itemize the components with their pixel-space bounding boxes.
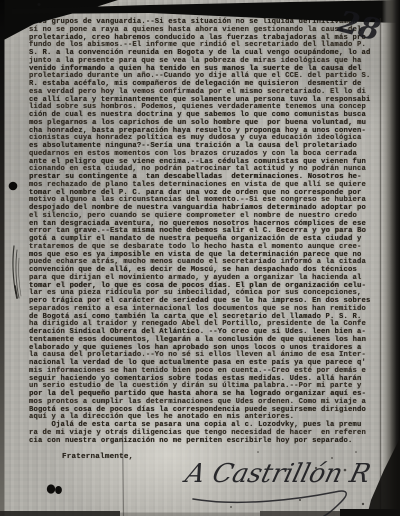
scan-border-right	[382, 0, 400, 516]
signature-name: A Castrillón R	[179, 458, 373, 489]
closing-line: Fraternalmente,	[62, 453, 133, 461]
ink-blot-bottom-left	[47, 484, 62, 494]
scan-border-bottom	[0, 511, 120, 516]
pen-scratches	[13, 246, 21, 298]
scan-border-left	[0, 0, 5, 516]
ink-speck-top	[38, 3, 41, 6]
signature-flourish	[193, 491, 346, 516]
signature-handwriting: A Castrillón R	[175, 446, 385, 516]
letter-line: cia con nuestra organización no me permi…	[29, 438, 383, 446]
letter-body: tros grupos de vanguardia.--Si esta situ…	[29, 19, 383, 445]
ink-blot-left	[9, 182, 18, 191]
scanned-letter-page: tros grupos de vanguardia.--Si esta situ…	[0, 0, 400, 516]
